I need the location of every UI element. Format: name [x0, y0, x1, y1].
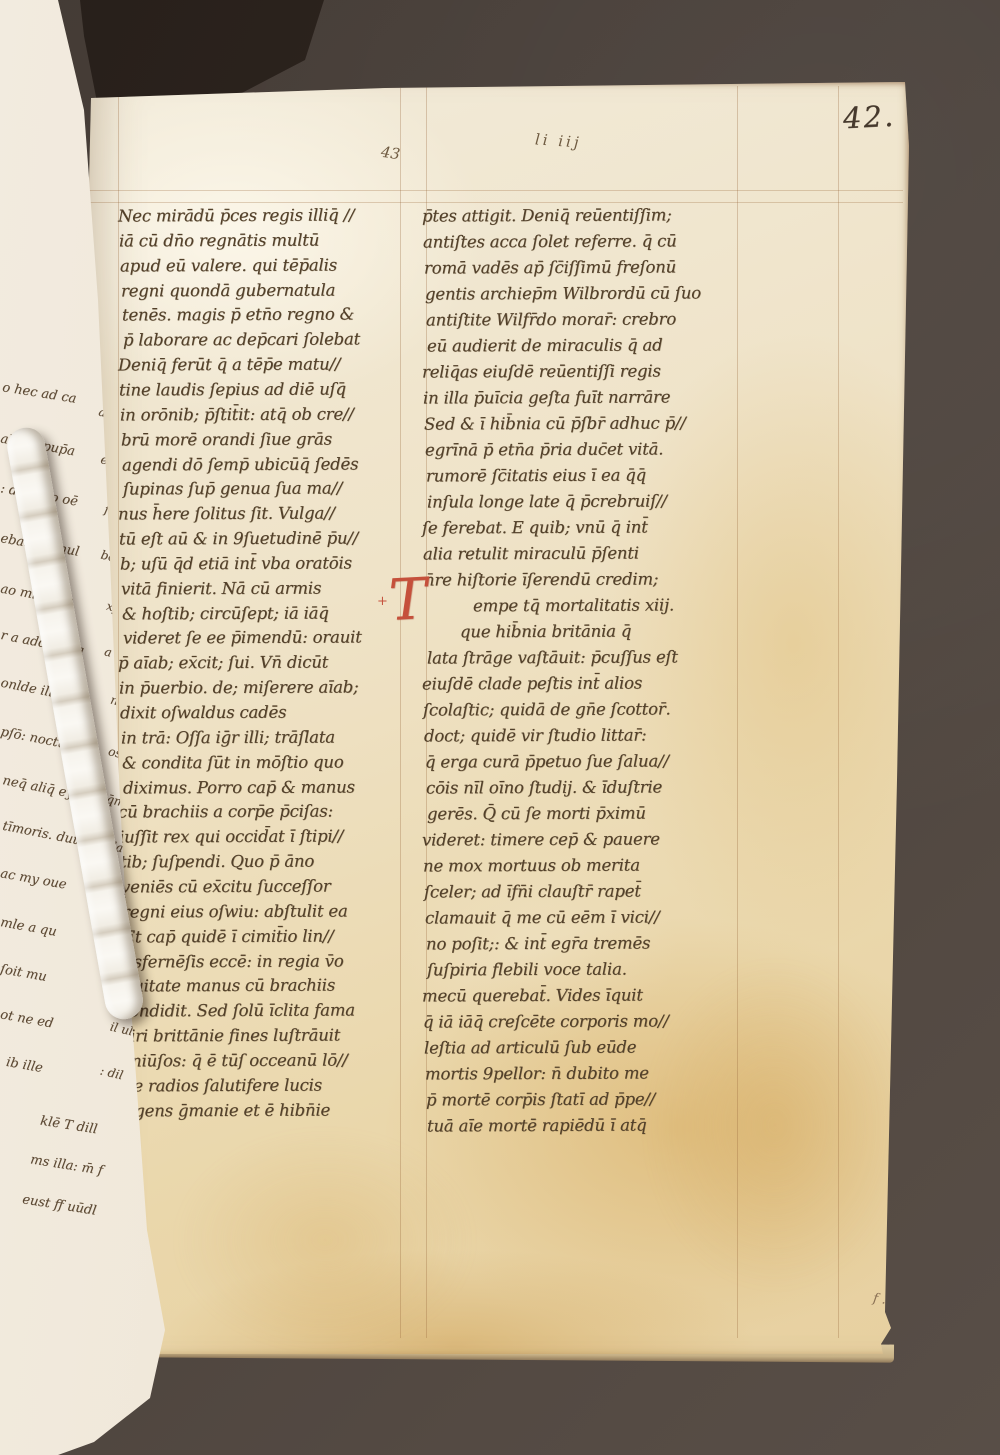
- previous-page-text-fragment: ſoit mu: [0, 962, 48, 985]
- manuscript-text-line: ſceler; ad īfn̄i clauſtr̄ rapet̄: [424, 882, 641, 902]
- folio-number: 42.: [842, 99, 896, 136]
- manuscript-text-line: ge radios ſalutifere lucis: [123, 1075, 322, 1095]
- previous-page-text-fragment: tīmoris. dut: [1, 819, 79, 848]
- previous-page-text-fragment: ot ne ed: [0, 1007, 54, 1031]
- manuscript-text-line: apud eū valere. qui tēp̄alis: [120, 255, 337, 275]
- rubric-paraph-mark: +: [377, 594, 388, 609]
- previous-page-text-fragment: mle a qu: [0, 915, 58, 940]
- manuscript-text-line: gentis archiep̄m Wilbrordū cū ſuo: [425, 283, 701, 303]
- ruling-line-vertical: [838, 86, 839, 1338]
- manuscript-text-line: in p̄uerbio. de; miſerere aīab;: [119, 678, 359, 698]
- manuscript-text-line: & hoſtib; circūſept; iā iāq̄: [122, 603, 329, 623]
- rubricated-initial: T: [388, 571, 429, 630]
- previous-page-text-fragment: ib ille: [5, 1055, 44, 1076]
- manuscript-text-line: p̄ aīab; ex̄cit; ſui. Vn̄ dicūt: [118, 653, 328, 673]
- manuscript-text-line: tib; ſuſpendi. Quo p̄ āno: [120, 852, 314, 872]
- manuscript-text-line: rumorē ſc̄itatis eius ī ea q̄q̄: [426, 466, 646, 486]
- manuscript-text-line: & condita ſūt in mōſtio quo: [122, 752, 344, 772]
- manuscript-text-line: eū audierit de miraculis q̄ ad: [427, 335, 663, 355]
- manuscript-text-line: p̄ laborare ac dep̄cari ſolebat: [123, 330, 360, 350]
- manuscript-text-line: q̄ erga curā p̄petuo ſue ſalua//: [425, 751, 669, 771]
- manuscript-text-line: antiſtes acca ſolet referre. q̄ cū: [423, 231, 677, 251]
- manuscript-text-line: q̄ iā iāq̄ creſcēte corporis mo//: [423, 1011, 669, 1031]
- manuscript-text-line: eiuſdē clade peſtis int̄ alios: [422, 674, 642, 694]
- manuscript-text-line: ne mox mortuus ob merita: [423, 856, 640, 876]
- manuscript-text-line: p̄ mortē corp̄is ſtatī ad p̄pe//: [426, 1090, 655, 1110]
- manuscript-text-line: vniūſos: q̄ ē tūſ occeanū lō//: [122, 1050, 348, 1070]
- manuscript-text-line: doct; quidē vir ſtudio littar̄:: [424, 726, 647, 746]
- previous-page-text-fragment: klē T dill: [39, 1114, 98, 1138]
- manuscript-text-line: egrīnā p̄ etn̄a p̄ria duc̄et vitā.: [425, 439, 663, 459]
- manuscript-text-line: diximus. Porro cap̄ & manus: [123, 777, 355, 797]
- manuscript-text-line: reliq̄as eiuſdē reūentiſſi regis: [422, 361, 661, 381]
- manuscript-text-line: ſe ferebat. E quib; vnū q̄ int̄: [422, 518, 648, 538]
- manuscript-text-line: alia retulit miraculū p̄ſenti: [423, 544, 639, 564]
- text-column-left: Nec mirādū p̄ces regis illiq̄ //iā cū dn…: [121, 80, 413, 1358]
- manuscript-text-line: lata ſtrāge vaſtāuit: p̄cuſſus eſt: [427, 647, 678, 667]
- manuscript-text-line: leſtia ad articulū ſub eūde: [424, 1038, 636, 1058]
- manuscript-text-line: Deniq̄ ferūt q̄ a tēp̄e matu//: [118, 355, 340, 375]
- manuscript-text-line: ciuitate manus cū brachiis: [119, 976, 335, 996]
- manuscript-text-line: no poſit;: & int̄ egr̄a tremēs: [426, 934, 650, 954]
- manuscript-text-line: ſcolaſtic; quidā de gn̄e ſcottor̄.: [423, 699, 671, 719]
- manuscript-text-line: regni eius oſwiu: abſtulit ea: [122, 901, 348, 921]
- manuscript-text-line: dixit oſwaldus cadēs: [120, 703, 286, 723]
- manuscript-text-line: videret ſe ee p̄imendū: orauit: [123, 628, 362, 648]
- text-column-right: p̄tes attigit. Deniq̄ reūentiſſim;antiſt…: [425, 80, 735, 1358]
- manuscript-text-line: ſpgens ḡmanie et ē hibn̄ie: [118, 1100, 330, 1120]
- manuscript-text-line: cōis nīl oīno ſtudij. & īduſtrie: [426, 777, 662, 797]
- manuscript-text-line: n̄re hiſtorie īſerendū credim;: [424, 569, 658, 589]
- manuscript-text-line: disfernēſis eccē: in regia v̄o: [118, 951, 344, 971]
- ruling-line-vertical: [737, 86, 738, 1338]
- manuscript-text-line: vitā finierit. Nā cū armis: [121, 578, 321, 598]
- manuscript-text-line: tuā aīe mortē rapiēdū ī atq̄: [427, 1116, 647, 1136]
- manuscript-text-line: videret: timere cep̄ & pauere: [422, 829, 660, 849]
- previous-page-text-fragment: il ul: [109, 1020, 135, 1039]
- manuscript-text-line: Et cap̄ quidē ī cimit̄io lin//: [123, 926, 334, 946]
- manuscript-text-line: inſula longe late q̄ p̄crebruiſ//: [427, 491, 667, 511]
- manuscript-text-line: iuſſit rex qui occid̄at ī ſtipi//: [119, 827, 343, 847]
- manuscript-text-line: agendi dō ſemp̄ ubicūq̄ ſedēs: [122, 454, 358, 474]
- manuscript-text-line: tū eſt aū & in 9ſuetudinē p̄u//: [119, 529, 358, 549]
- manuscript-text-line: gerēs. Q̄ cū ſe morti p̄ximū: [427, 804, 646, 824]
- manuscript-page: 42. 43 li iij f . Nec mirādū p̄ces regis…: [85, 80, 909, 1358]
- manuscript-text-line: tenēs. magis p̄ etn̄o regno &: [122, 305, 354, 325]
- previous-page-text-fragment: ac my oue: [0, 866, 68, 892]
- manuscript-text-line: condidit. Sed ſolū īclita fama: [120, 1001, 355, 1021]
- previous-page-text-fragment: neq̄ aliq̄ ey: [1, 773, 75, 801]
- previous-page-text-fragment: o hec ad ca: [1, 380, 77, 406]
- previous-page-text-fragment: ms illa: m̄ f: [29, 1152, 104, 1178]
- manuscript-text-line: in trā: Oſſa iḡr illi; trāſlata: [121, 727, 335, 747]
- manuscript-text-line: ſuſpiria flebili voce talia.: [427, 960, 627, 980]
- manuscript-text-line: cū brachiis a corp̄e p̄ciſas:: [118, 802, 333, 822]
- manuscript-text-line: b; uſū q̄d etiā int̄ vba oratōis: [120, 553, 352, 573]
- manuscript-text-line: Sed & ī hib̄nia cū p̄ſbr̄ adhuc p̄//: [424, 413, 686, 433]
- manuscript-text-line: ſupinas ſup̄ genua ſua ma//: [123, 479, 342, 499]
- manuscript-photo: 42. 43 li iij f . Nec mirādū p̄ces regis…: [0, 0, 1000, 1455]
- manuscript-text-line: que hib̄nia britānia q̄: [426, 622, 631, 642]
- manuscript-text-line: romā vadēs ap̄ ſc̄iſſimū freſonū: [424, 257, 676, 277]
- manuscript-text-line: nus h̄ere ſolitus ſit. Vulga//: [118, 504, 335, 524]
- manuscript-text-line: veniēs cū ex̄citu ſucceſſor: [121, 876, 331, 896]
- previous-page-text-fragment: : dil: [99, 1064, 125, 1083]
- previous-page-text-fragment: eust ff uūdl: [21, 1192, 97, 1218]
- manuscript-text-line: iā cū dn̄o regnātis multū: [119, 230, 319, 250]
- manuscript-text-line: tine laudis ſepius ad diē uſq̄: [119, 379, 346, 399]
- manuscript-text-line: Nec mirādū p̄ces regis illiq̄ //: [118, 205, 354, 225]
- manuscript-text-line: regni quondā gubernatula: [121, 280, 335, 300]
- manuscript-text-line: p̄tes attigit. Deniq̄ reūentiſſim;: [422, 205, 672, 225]
- manuscript-text-line: mortis 9pellor: n̄ dubito me: [425, 1064, 649, 1084]
- manuscript-text-line: clamauit q̄ me cū eēm ī vici//: [425, 907, 660, 927]
- manuscript-text-line: brū morē orandi ſiue grās: [121, 429, 332, 449]
- manuscript-text-line: mecū querebat̄. Vides īquit: [422, 986, 643, 1006]
- manuscript-text-line: in illa p̄uīcia geſta fuīt narrāre: [423, 387, 670, 407]
- manuscript-text-line: empe tq̄ mortalitatis xiij.: [425, 595, 674, 615]
- manuscript-text-line: viri brittānie fines luſtrāuit: [121, 1026, 340, 1046]
- manuscript-text-line: in orōnib; p̄ſtit̄it: atq̄ ob cre//: [120, 404, 354, 424]
- quire-signature-mark: f .: [872, 1291, 887, 1308]
- manuscript-text-line: antiſtite Wilfr̄do morar̄: crebro: [426, 309, 676, 329]
